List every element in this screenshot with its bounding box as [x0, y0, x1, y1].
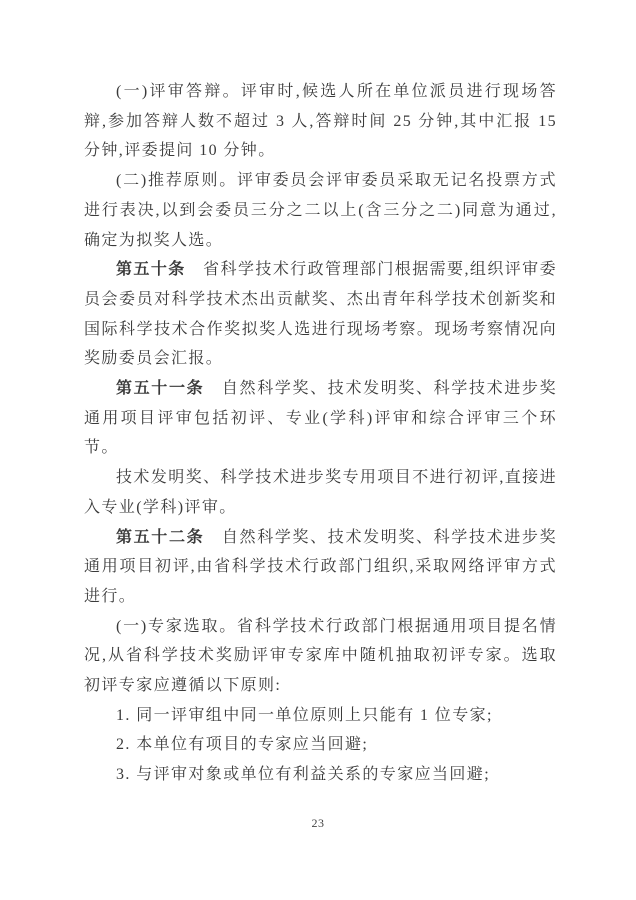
article-number: 第五十条: [116, 261, 186, 278]
paragraph-text: (一)专家选取。省科学技术行政部门根据通用项目提名情况,从省科学技术奖励评审专家…: [84, 618, 557, 694]
document-body: (一)评审答辩。评审时,候选人所在单位派员进行现场答辩,参加答辩人数不超过 3 …: [84, 77, 557, 790]
paragraph: (二)推荐原则。评审委员会评审委员采取无记名投票方式进行表决,以到会委员三分之二…: [84, 166, 557, 255]
document-page: (一)评审答辩。评审时,候选人所在单位派员进行现场答辩,参加答辩人数不超过 3 …: [0, 0, 636, 900]
paragraph: (一)专家选取。省科学技术行政部门根据通用项目提名情况,从省科学技术奖励评审专家…: [84, 612, 557, 701]
list-item: 3. 与评审对象或单位有利益关系的专家应当回避;: [84, 760, 557, 790]
article-number: 第五十二条: [116, 529, 204, 546]
paragraph-text: 1. 同一评审组中同一单位原则上只能有 1 位专家;: [116, 707, 493, 724]
paragraph-text: (二)推荐原则。评审委员会评审委员采取无记名投票方式进行表决,以到会委员三分之二…: [84, 172, 557, 248]
paragraph-text: 3. 与评审对象或单位有利益关系的专家应当回避;: [116, 766, 490, 783]
list-item: 2. 本单位有项目的专家应当回避;: [84, 730, 557, 760]
list-item: 1. 同一评审组中同一单位原则上只能有 1 位专家;: [84, 701, 557, 731]
paragraph: (一)评审答辩。评审时,候选人所在单位派员进行现场答辩,参加答辩人数不超过 3 …: [84, 77, 557, 166]
page-number: 23: [0, 816, 636, 831]
paragraph-text: 2. 本单位有项目的专家应当回避;: [116, 736, 368, 753]
paragraph: 第五十一条 自然科学奖、技术发明奖、科学技术进步奖通用项目评审包括初评、专业(学…: [84, 374, 557, 463]
paragraph: 第五十条 省科学技术行政管理部门根据需要,组织评审委员会委员对科学技术杰出贡献奖…: [84, 255, 557, 374]
paragraph-text: (一)评审答辩。评审时,候选人所在单位派员进行现场答辩,参加答辩人数不超过 3 …: [84, 83, 557, 159]
paragraph: 技术发明奖、科学技术进步奖专用项目不进行初评,直接进入专业(学科)评审。: [84, 463, 557, 522]
article-number: 第五十一条: [116, 380, 204, 397]
paragraph-text: 技术发明奖、科学技术进步奖专用项目不进行初评,直接进入专业(学科)评审。: [84, 469, 557, 516]
paragraph: 第五十二条 自然科学奖、技术发明奖、科学技术进步奖通用项目初评,由省科学技术行政…: [84, 523, 557, 612]
